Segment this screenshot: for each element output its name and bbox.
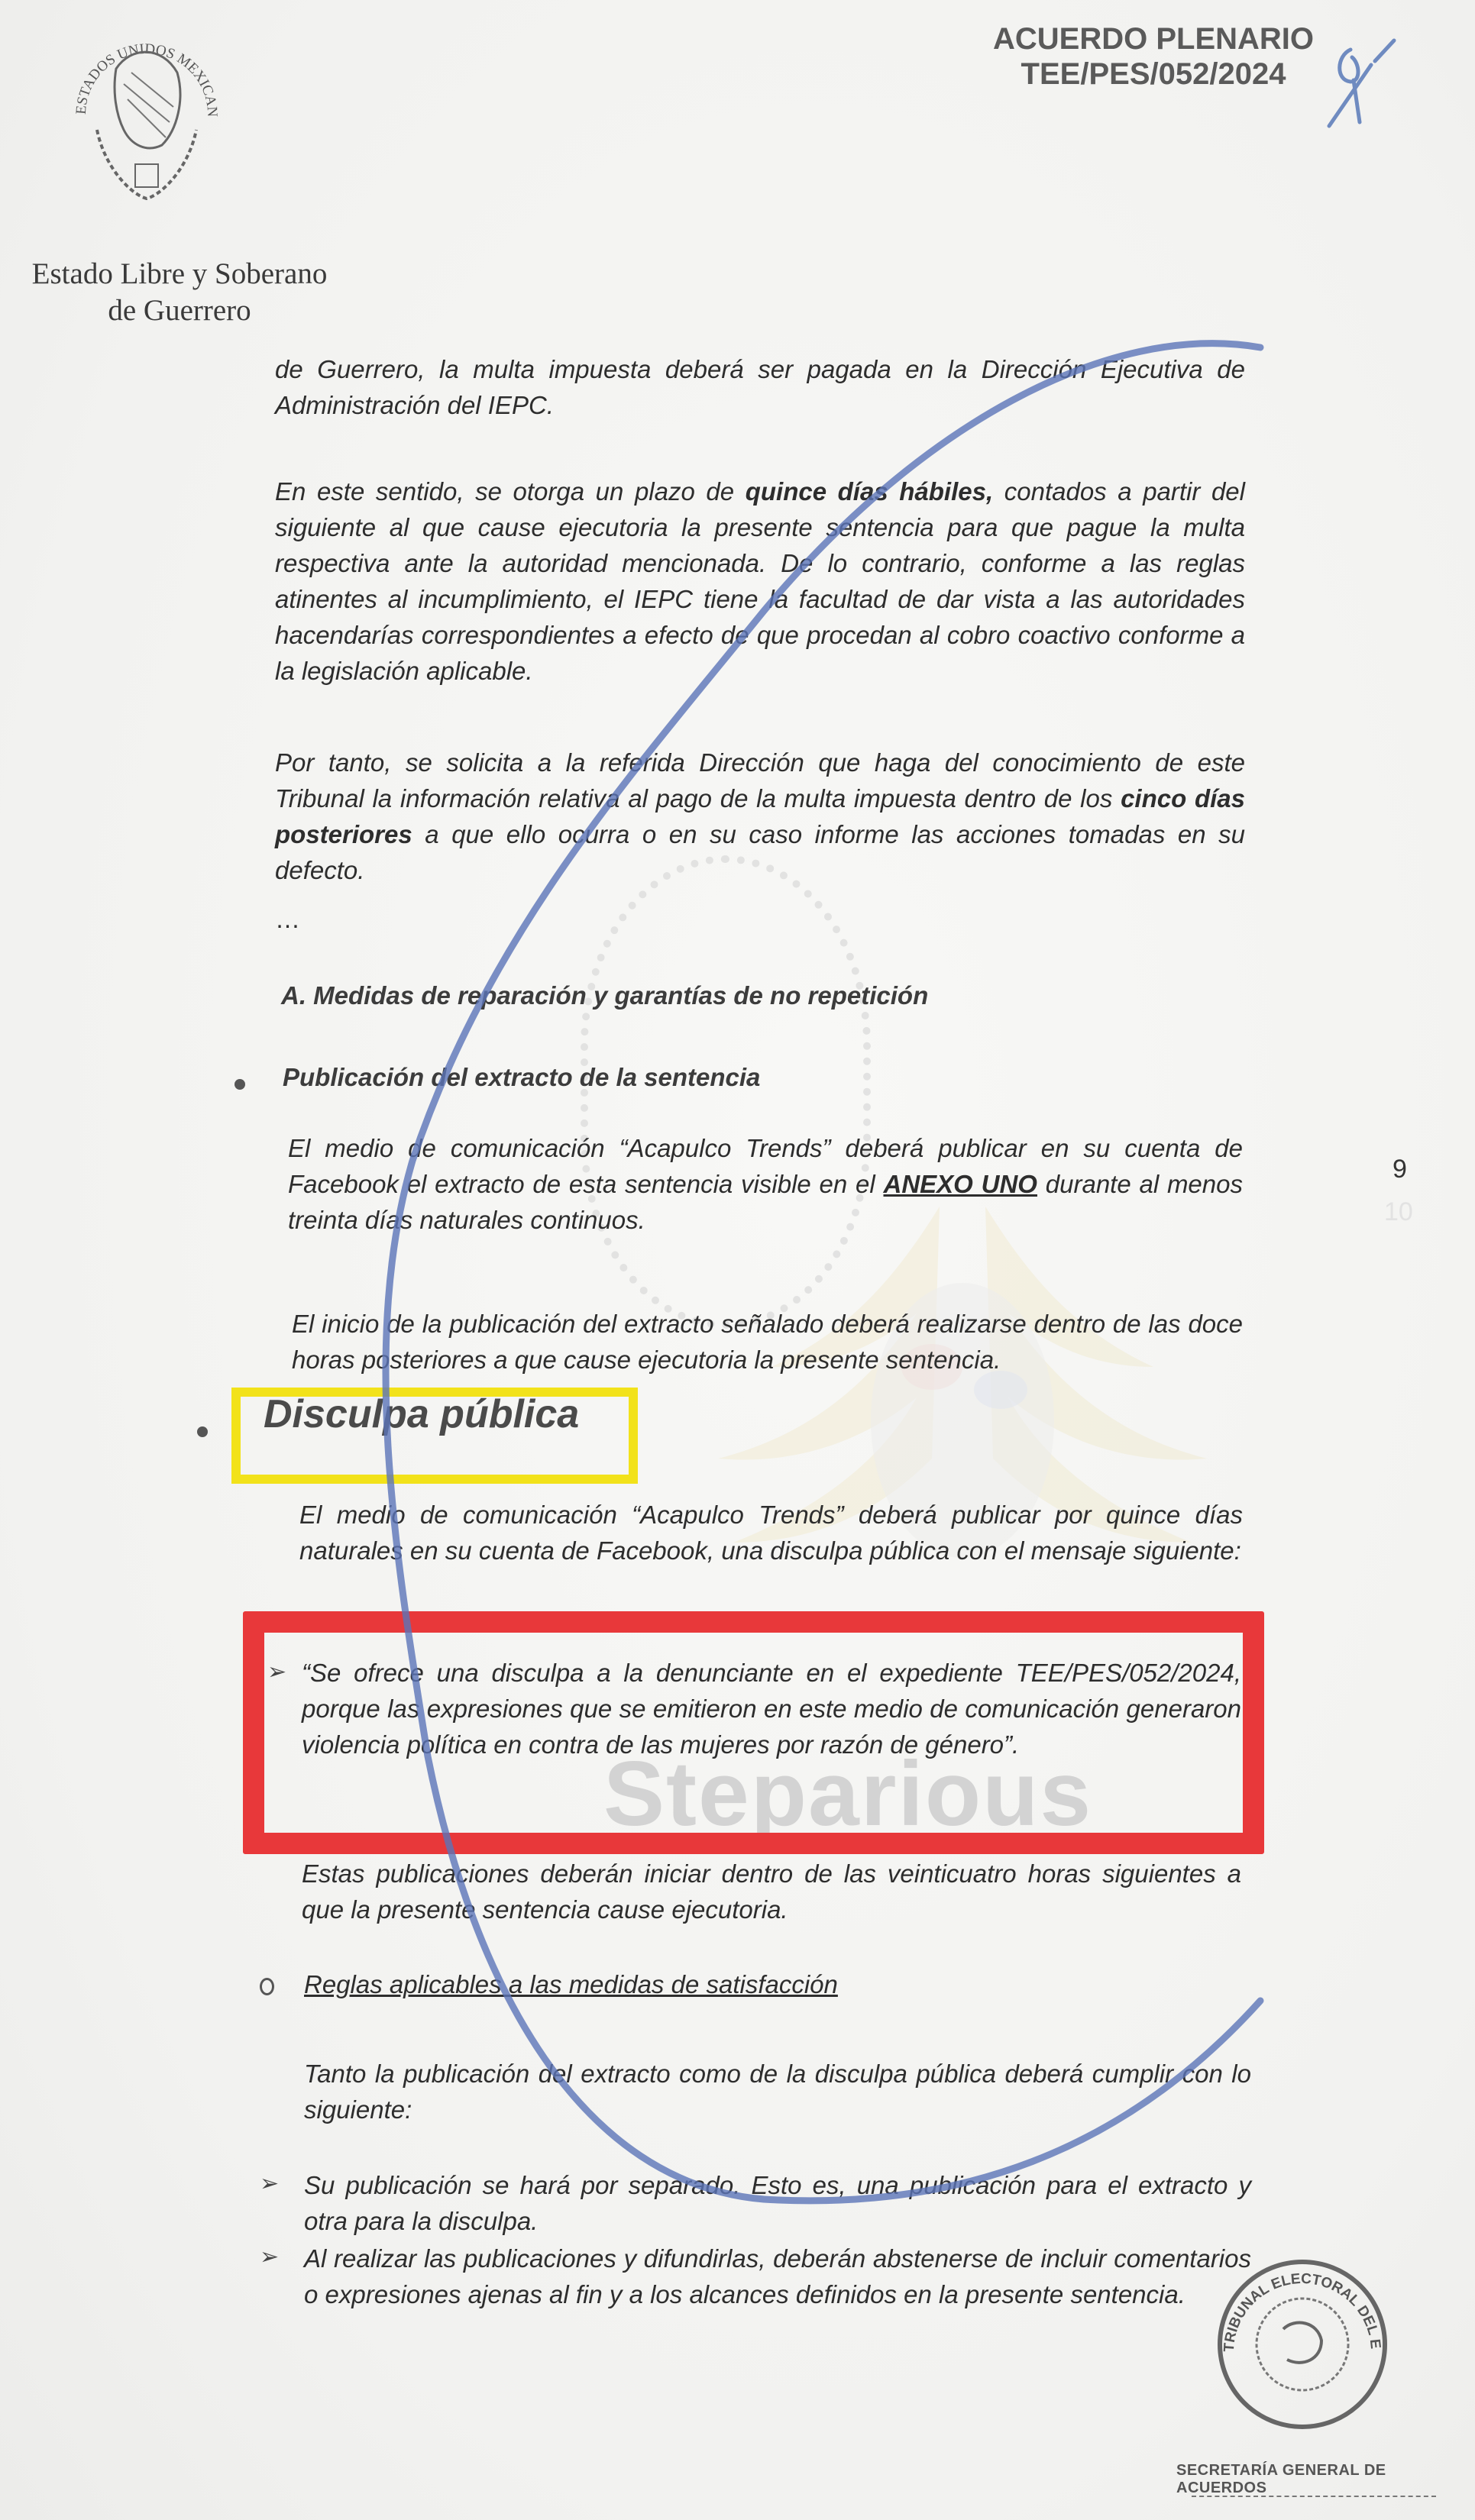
arrow-bullet-icon: ➢ — [260, 2170, 279, 2197]
stamp-caption: SECRETARÍA GENERAL DE ACUERDOS — [1176, 2462, 1475, 2497]
rule-item-1: Su publicación se hará por separado. Est… — [304, 2167, 1251, 2239]
svg-text:ESTADOS UNIDOS MEXICANOS: ESTADOS UNIDOS MEXICANOS — [70, 0, 220, 118]
coat-of-arms-icon: ESTADOS UNIDOS MEXICANOS — [70, 0, 223, 221]
doc-type: ACUERDO PLENARIO — [978, 21, 1329, 57]
state-name-line1: Estado Libre y Soberano — [15, 256, 344, 292]
bullet-icon — [197, 1426, 208, 1437]
paragraph-6: El medio de comunicación “Acapulco Trend… — [299, 1497, 1243, 1569]
page-number-ghost: 10 — [1384, 1197, 1413, 1227]
section-a-heading: A. Medidas de reparación y garantías de … — [281, 981, 928, 1010]
paragraph-4: El medio de comunicación “Acapulco Trend… — [288, 1130, 1243, 1238]
paragraph-2: En este sentido, se otorga un plazo de q… — [275, 473, 1245, 689]
arrow-bullet-icon: ➢ — [267, 1659, 286, 1685]
p3-text-rest: a que ello ocurra o en su caso informe l… — [275, 820, 1245, 884]
handwritten-initials-icon — [1314, 34, 1405, 134]
state-name: Estado Libre y Soberano de Guerrero — [15, 256, 344, 329]
publication-heading: Publicación del extracto de la sentencia — [283, 1063, 760, 1092]
paragraph-7: Estas publicaciones deberán iniciar dent… — [302, 1856, 1241, 1927]
rule-item-2: Al realizar las publicaciones y difundir… — [304, 2241, 1251, 2312]
signature-line — [1192, 2496, 1436, 2497]
p2-text-rest: contados a partir del siguiente al que c… — [275, 477, 1245, 685]
paragraph-1: de Guerrero, la multa impuesta deberá se… — [275, 351, 1245, 423]
anexo-uno-reference: ANEXO UNO — [884, 1170, 1037, 1198]
page-number: 9 — [1393, 1155, 1407, 1184]
arrow-bullet-icon: ➢ — [260, 2244, 279, 2270]
state-name-line2: de Guerrero — [15, 292, 344, 329]
p2-bold: quince días hábiles, — [746, 477, 993, 506]
p2-text: En este sentido, se otorga un plazo de — [275, 477, 746, 506]
case-header: ACUERDO PLENARIO TEE/PES/052/2024 — [978, 21, 1329, 92]
p3-text: Por tanto, se solicita a la referida Dir… — [275, 748, 1245, 813]
apology-quote: “Se ofrece una disculpa a la denunciante… — [302, 1655, 1241, 1762]
bullet-icon — [235, 1079, 245, 1090]
paragraph-3: Por tanto, se solicita a la referida Dir… — [275, 745, 1245, 888]
paragraph-8: Tanto la publicación del extracto como d… — [304, 2056, 1251, 2127]
svg-text:TRIBUNAL ELECTORAL DEL ESTADO: TRIBUNAL ELECTORAL DEL ESTADO DE GUERRER… — [1211, 2253, 1383, 2352]
ellipsis: … — [275, 901, 351, 937]
rules-heading: Reglas aplicables a las medidas de satis… — [304, 1966, 991, 2002]
paragraph-5: El inicio de la publicación del extracto… — [292, 1306, 1243, 1378]
disculpa-heading: Disculpa pública — [264, 1391, 579, 1437]
official-stamp-icon: TRIBUNAL ELECTORAL DEL ESTADO DE GUERRER… — [1211, 2253, 1394, 2436]
case-number: TEE/PES/052/2024 — [978, 57, 1329, 92]
hollow-bullet-icon — [260, 1978, 274, 1995]
